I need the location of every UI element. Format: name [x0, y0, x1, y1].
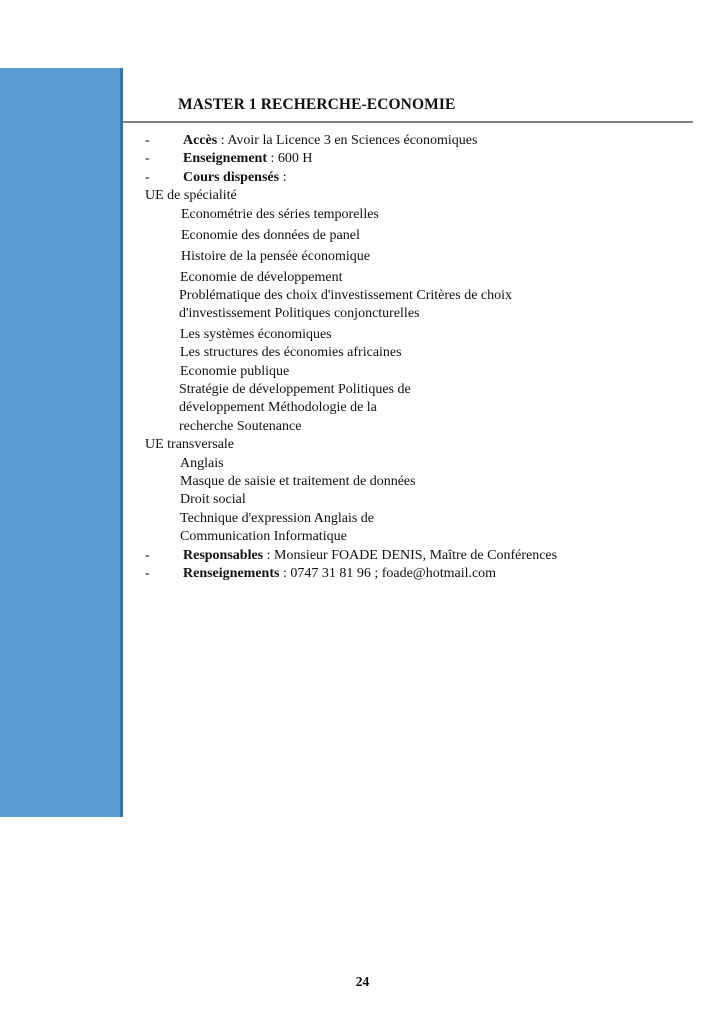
bullet-label: Cours dispensés — [183, 170, 279, 185]
course-item: Problématique des choix d'investissement… — [145, 287, 539, 324]
bullet-label: Enseignement — [183, 151, 267, 166]
bullet-value: : — [279, 170, 286, 185]
bullet-cours: - Cours dispensés : — [145, 169, 557, 187]
course-item: Technique d'expression Anglais de Commun… — [145, 510, 440, 547]
page-number: 24 — [0, 974, 725, 990]
ue-transversale-section: UE transversale Anglais Masque de saisie… — [145, 436, 557, 546]
course-item: Histoire de la pensée économique — [145, 248, 557, 266]
course-item: Anglais — [145, 455, 557, 473]
ue-specialite-section: UE de spécialité Econométrie des séries … — [145, 187, 557, 436]
page-title: MASTER 1 RECHERCHE-ECONOMIE — [178, 96, 455, 114]
course-item: Les systèmes économiques — [145, 326, 557, 344]
course-item: Econométrie des séries temporelles — [145, 206, 557, 224]
section-heading: UE transversale — [145, 436, 557, 454]
bullet-value: : Avoir la Licence 3 en Sciences économi… — [217, 133, 477, 148]
course-item: Economie des données de panel — [145, 227, 557, 245]
course-item: Economie publique — [145, 363, 557, 381]
bullet-label: Responsables — [183, 548, 263, 563]
course-item: Droit social — [145, 491, 557, 509]
bullet-value: : Monsieur FOADE DENIS, Maître de Confér… — [263, 548, 557, 563]
bullet-value: : 0747 31 81 96 ; foade@hotmail.com — [279, 566, 496, 581]
course-item: Les structures des économies africaines — [145, 344, 557, 362]
bullet-responsables: - Responsables : Monsieur FOADE DENIS, M… — [145, 547, 557, 565]
section-heading: UE de spécialité — [145, 187, 557, 205]
bullet-label: Renseignements — [183, 566, 279, 581]
title-divider — [123, 121, 693, 123]
bullet-renseignements: - Renseignements : 0747 31 81 96 ; foade… — [145, 565, 557, 583]
bullet-value: : 600 H — [267, 151, 313, 166]
course-item: Economie de développement — [145, 269, 557, 287]
program-details: - Accès : Avoir la Licence 3 en Sciences… — [145, 132, 557, 583]
blue-sidebar-band — [0, 68, 123, 817]
bullet-label: Accès — [183, 133, 217, 148]
bullet-acces: - Accès : Avoir la Licence 3 en Sciences… — [145, 132, 557, 150]
course-item: Masque de saisie et traitement de donnée… — [145, 473, 557, 491]
course-item: Stratégie de développement Politiques de… — [145, 381, 429, 436]
bullet-enseignement: - Enseignement : 600 H — [145, 150, 557, 168]
